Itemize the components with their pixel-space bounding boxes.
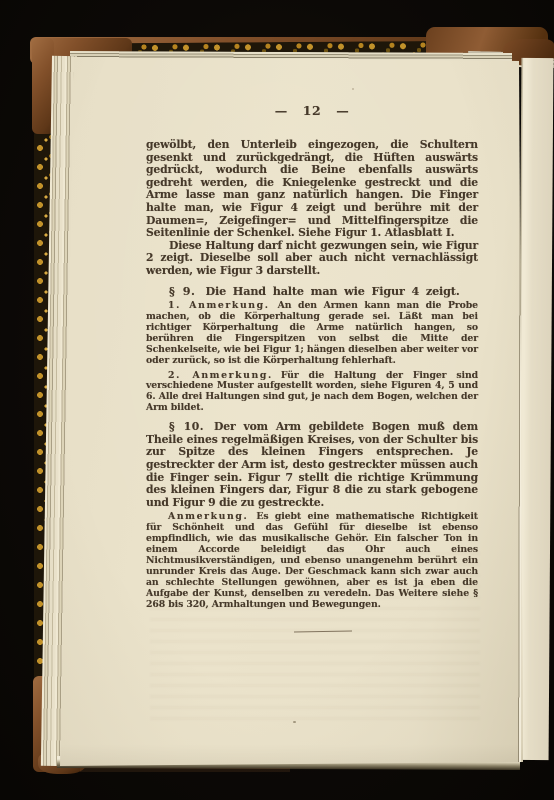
paragraph-text: gewölbt, den Unterleib eingezogen, die S… [146, 138, 478, 239]
section-10-paragraph: § 10.Der vom Arm gebildete Bogen muß dem… [146, 421, 478, 509]
text-block: — 12 — gewölbt, den Unterleib eingezogen… [146, 103, 478, 632]
note-1: 1. Anmerkung.An den Armen kann man die P… [146, 301, 478, 366]
section-9-heading: § 9.Die Hand halte man wie Figur 4 zeigt… [146, 285, 478, 298]
foxing-speck [352, 88, 354, 90]
header-dash-right: — [336, 103, 349, 118]
section-text: Der vom Arm gebildete Bogen muß dem Thei… [146, 420, 478, 509]
page-number-header: — 12 — [146, 103, 478, 118]
paragraph-continuation: gewölbt, den Unterleib eingezogen, die S… [146, 139, 478, 240]
note-lead: Anmerkung. [168, 511, 248, 522]
scanned-page: — 12 — gewölbt, den Unterleib eingezogen… [0, 0, 554, 800]
header-dash-left: — [275, 103, 288, 118]
paragraph-haltung: Diese Haltung darf nicht gezwungen sein,… [146, 240, 478, 278]
section-text: Die Hand halte man wie Figur 4 zeigt. [205, 284, 459, 298]
foxing-speck [293, 721, 296, 723]
note-lead: 2. Anmerkung. [168, 370, 273, 381]
note-2: 2. Anmerkung.Für die Haltung der Finger … [146, 371, 478, 415]
note-text: Es giebt eine mathematische Richtigkeit … [146, 511, 478, 609]
note-lead: 1. Anmerkung. [168, 300, 270, 311]
note-general: Anmerkung.Es giebt eine mathematische Ri… [146, 512, 478, 610]
bottom-shadow-hint [80, 768, 290, 772]
paragraph-text: Diese Haltung darf nicht gezwungen sein,… [146, 239, 478, 277]
section-number: § 10. [169, 420, 204, 433]
section-number: § 9. [169, 284, 195, 298]
book-photo: — 12 — gewölbt, den Unterleib eingezogen… [0, 0, 554, 800]
page-number: 12 [303, 103, 321, 118]
